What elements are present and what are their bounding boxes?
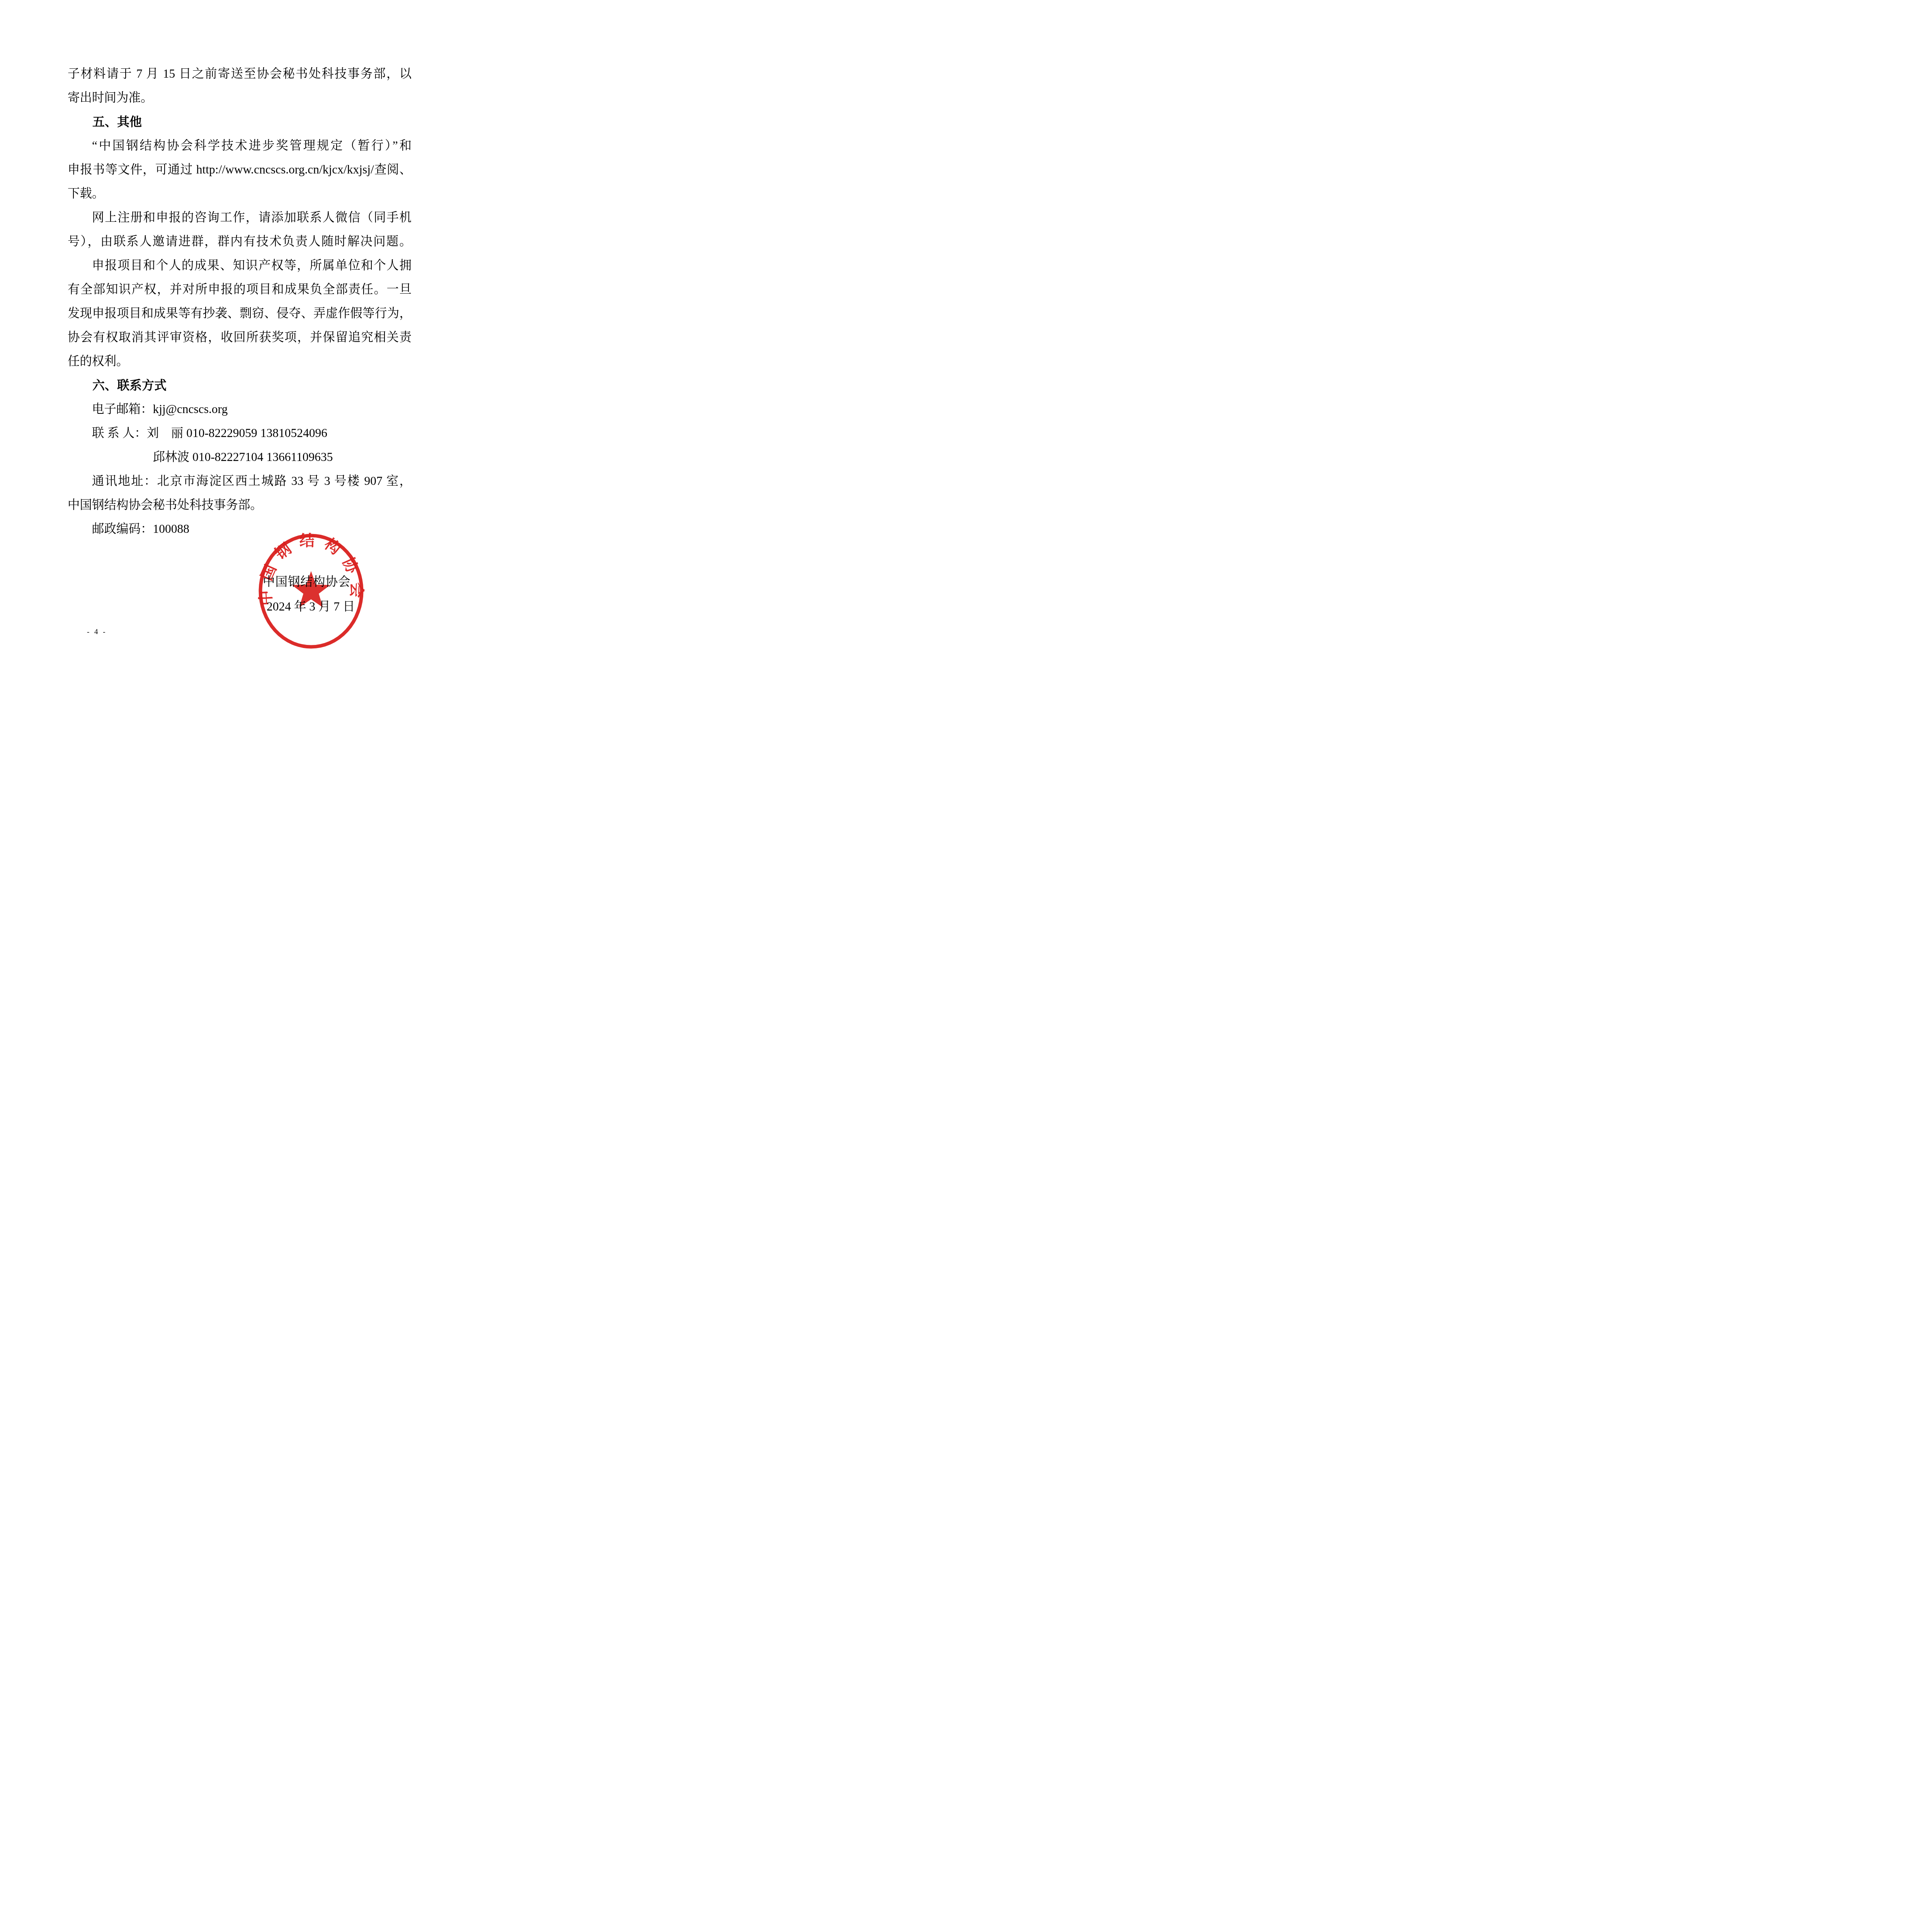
page-number: - 4 -	[87, 628, 107, 636]
body-line: 下载。	[68, 182, 412, 206]
official-seal: 中国钢结构协会	[253, 531, 369, 659]
body-line: “中国钢结构协会科学技术进步奖管理规定（暂行）”和	[68, 134, 412, 158]
seal-org-name-text: 中国钢结构协会	[263, 575, 351, 588]
body-line: 号），由联系人邀请进群，群内有技术负责人随时解决问题。	[68, 230, 412, 253]
contact-address-line-2: 中国钢结构协会秘书处科技事务部。	[68, 493, 412, 517]
body-line-url: 申报书等文件，可通过 http://www.cncscs.org.cn/kjcx…	[68, 158, 412, 182]
document-page: 子材料请于 7 月 15 日之前寄送至协会秘书处科技事务部，以 寄出时间为准。 …	[0, 0, 479, 678]
body-line: 协会有权取消其评审资格，收回所获奖项，并保留追究相关责	[68, 325, 412, 349]
body-line: 申报项目和个人的成果、知识产权等，所属单位和个人拥	[68, 253, 412, 277]
body-line: 网上注册和申报的咨询工作，请添加联系人微信（同手机	[68, 206, 412, 230]
section-heading-6: 六、联系方式	[68, 373, 412, 397]
contact-address-line-1: 通讯地址：北京市海淀区西土城路 33 号 3 号楼 907 室，	[68, 469, 412, 493]
contact-person-line-1: 联 系 人：刘 丽 010-82229059 13810524096	[68, 421, 412, 445]
contact-email-line: 电子邮箱：kjj@cncscs.org	[68, 397, 412, 421]
body-line: 子材料请于 7 月 15 日之前寄送至协会秘书处科技事务部，以	[68, 62, 412, 86]
body-line: 发现申报项目和成果等有抄袭、剽窃、侵夺、弄虚作假等行为，	[68, 301, 412, 325]
document-body: 子材料请于 7 月 15 日之前寄送至协会秘书处科技事务部，以 寄出时间为准。 …	[68, 62, 412, 541]
section-heading-5: 五、其他	[68, 110, 412, 134]
seal-date-text: 2024 年 3 月 7 日	[267, 600, 355, 613]
body-line: 寄出时间为准。	[68, 86, 412, 110]
body-line: 有全部知识产权，并对所申报的项目和成果负全部责任。一旦	[68, 277, 412, 301]
body-line: 任的权利。	[68, 349, 412, 373]
contact-person-line-2: 邱林波 010-82227104 13661109635	[68, 445, 412, 469]
